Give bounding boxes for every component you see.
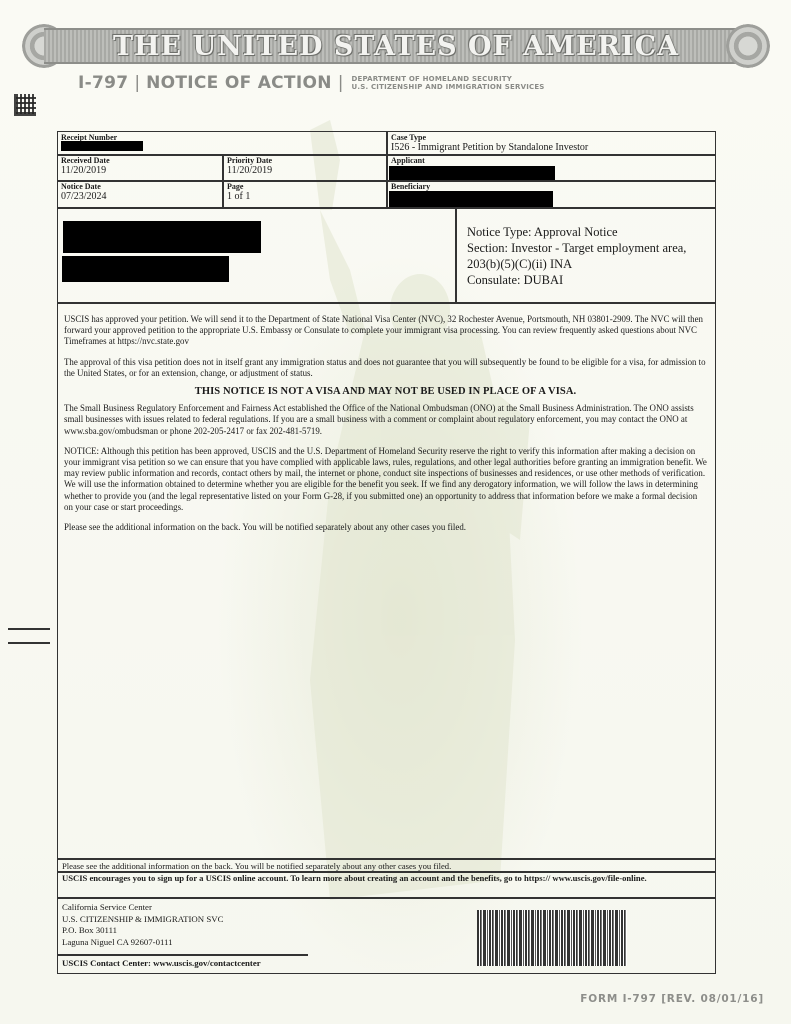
service-center-address: California Service Center U.S. CITIZENSH…	[62, 902, 223, 948]
notice-details: Notice Type: Approval Notice Section: In…	[455, 209, 715, 302]
applicant-field: Applicant	[388, 155, 428, 166]
verification-notice-paragraph: NOTICE: Although this petition has been …	[64, 446, 707, 513]
address-line-3: P.O. Box 30111	[62, 925, 223, 937]
mailing-address-redacted-line-2	[62, 256, 229, 282]
address-line-2: U.S. CITIZENSHIP & IMMIGRATION SVC	[62, 914, 223, 926]
form-revision: FORM I-797 [REV. 08/01/16]	[580, 993, 764, 1005]
additional-info-paragraph: Please see the additional information on…	[64, 522, 707, 533]
approval-paragraph: USCIS has approved your petition. We wil…	[64, 314, 707, 348]
beneficiary-label: Beneficiary	[391, 182, 430, 191]
notice-date-field: Notice Date 07/23/2024	[58, 181, 110, 204]
ombudsman-paragraph: The Small Business Regulatory Enforcemen…	[64, 403, 707, 437]
banner: THE UNITED STATES OF AMERICA	[22, 24, 770, 68]
divider	[58, 897, 715, 899]
received-date-label: Received Date	[61, 156, 110, 165]
divider	[58, 858, 715, 860]
section-line-2: 203(b)(5)(C)(ii) INA	[467, 256, 703, 272]
case-type-value: I526 - Immigrant Petition by Standalone …	[391, 142, 588, 154]
mailing-address-redacted-line-1	[63, 221, 261, 253]
not-a-visa-warning: THIS NOTICE IS NOT A VISA AND MAY NOT BE…	[64, 386, 707, 397]
address-line-1: California Service Center	[62, 902, 223, 914]
notice-page: THE UNITED STATES OF AMERICA I-797 | NOT…	[0, 0, 791, 1024]
divider	[58, 302, 715, 304]
header-separator: |	[134, 73, 140, 93]
footer-additional-info: Please see the additional information on…	[62, 861, 451, 871]
notice-type: Notice Type: Approval Notice	[467, 224, 703, 240]
divider	[58, 954, 308, 956]
priority-date-value: 11/20/2019	[227, 165, 272, 177]
case-type-label: Case Type	[391, 133, 588, 142]
form-header: I-797 | NOTICE OF ACTION | DEPARTMENT OF…	[78, 72, 545, 94]
address-line-4: Laguna Niguel CA 92607-0111	[62, 937, 223, 949]
receipt-number-redacted	[61, 141, 143, 151]
notice-frame: Receipt Number Case Type I526 - Immigran…	[57, 131, 716, 974]
form-title: NOTICE OF ACTION	[146, 73, 332, 93]
page-field: Page 1 of 1	[224, 181, 253, 204]
agency-line-1: DEPARTMENT OF HOMELAND SECURITY	[351, 75, 544, 83]
received-date-field: Received Date 11/20/2019	[58, 155, 113, 178]
agency-name: DEPARTMENT OF HOMELAND SECURITY U.S. CIT…	[351, 75, 544, 91]
priority-date-label: Priority Date	[227, 156, 272, 165]
priority-date-field: Priority Date 11/20/2019	[224, 155, 275, 178]
datamatrix-code-icon	[14, 94, 36, 116]
page-value: 1 of 1	[227, 191, 250, 203]
case-type-field: Case Type I526 - Immigrant Petition by S…	[388, 132, 591, 155]
received-date-value: 11/20/2019	[61, 165, 110, 177]
contact-center-link: USCIS Contact Center: www.uscis.gov/cont…	[62, 958, 261, 968]
consulate: Consulate: DUBAI	[467, 272, 703, 288]
beneficiary-redacted	[389, 191, 553, 207]
barcode-icon	[477, 910, 627, 966]
applicant-redacted	[389, 166, 555, 180]
notice-date-label: Notice Date	[61, 182, 107, 191]
notice-date-value: 07/23/2024	[61, 191, 107, 203]
online-account-notice: USCIS encourages you to sign up for a US…	[62, 873, 709, 884]
form-id: I-797	[78, 73, 128, 93]
eligibility-paragraph: The approval of this visa petition does …	[64, 357, 707, 379]
section-line-1: Section: Investor - Target employment ar…	[467, 240, 703, 256]
header-separator: |	[338, 73, 344, 93]
banner-title: THE UNITED STATES OF AMERICA	[22, 28, 770, 64]
margin-fold-marks	[8, 628, 50, 656]
notice-body: USCIS has approved your petition. We wil…	[64, 314, 707, 542]
agency-line-2: U.S. CITIZENSHIP AND IMMIGRATION SERVICE…	[351, 83, 544, 91]
page-label: Page	[227, 182, 250, 191]
applicant-label: Applicant	[391, 156, 425, 165]
